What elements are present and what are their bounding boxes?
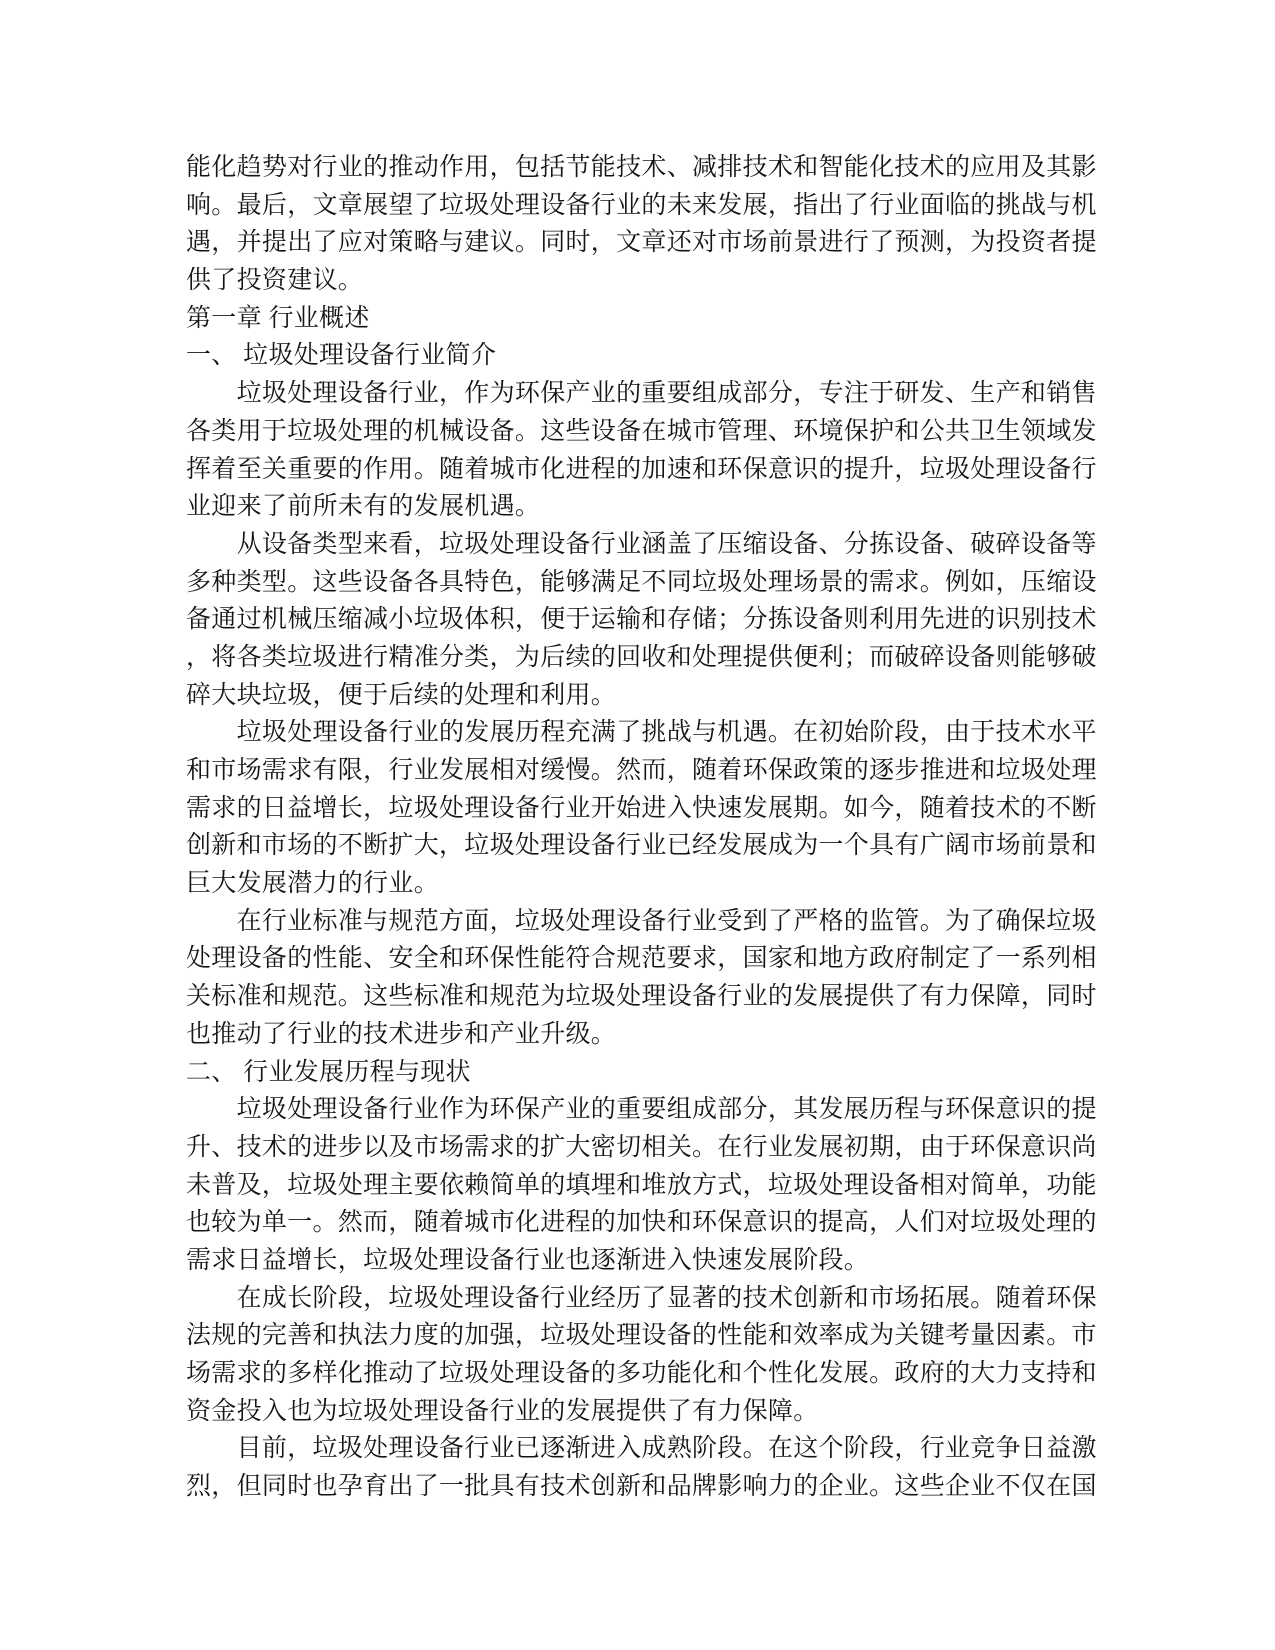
heading-line: 一、 垃圾处理设备行业简介 (186, 337, 1121, 375)
body-text-line: 升、技术的进步以及市场需求的扩大密切相关。在行业发展初期，由于环保意识尚 (186, 1129, 1121, 1167)
body-text-line: 响。最后，文章展望了垃圾处理设备行业的未来发展，指出了行业面临的挑战与机 (186, 187, 1121, 225)
heading-line: 二、 行业发展历程与现状 (186, 1054, 1121, 1092)
body-text-line: 未普及，垃圾处理主要依赖简单的填埋和堆放方式，垃圾处理设备相对简单，功能 (186, 1167, 1121, 1205)
document-text-block: 能化趋势对行业的推动作用，包括节能技术、减排技术和智能化技术的应用及其影响。最后… (186, 149, 1121, 1506)
body-text-line: 业迎来了前所未有的发展机遇。 (186, 488, 1121, 526)
body-text-line: 各类用于垃圾处理的机械设备。这些设备在城市管理、环境保护和公共卫生领域发 (186, 413, 1121, 451)
body-text-line: 需求的日益增长，垃圾处理设备行业开始进入快速发展期。如今，随着技术的不断 (186, 790, 1121, 828)
body-text-line: 烈，但同时也孕育出了一批具有技术创新和品牌影响力的企业。这些企业不仅在国 (186, 1468, 1121, 1506)
body-text-line: 能化趋势对行业的推动作用，包括节能技术、减排技术和智能化技术的应用及其影 (186, 149, 1121, 187)
body-text-line: 处理设备的性能、安全和环保性能符合规范要求，国家和地方政府制定了一系列相 (186, 940, 1121, 978)
body-text-line: 场需求的多样化推动了垃圾处理设备的多功能化和个性化发展。政府的大力支持和 (186, 1355, 1121, 1393)
body-text-line: 多种类型。这些设备各具特色，能够满足不同垃圾处理场景的需求。例如，压缩设 (186, 564, 1121, 602)
body-text-line: ，将各类垃圾进行精准分类，为后续的回收和处理提供便利；而破碎设备则能够破 (186, 639, 1121, 677)
body-text-line: 在行业标准与规范方面，垃圾处理设备行业受到了严格的监管。为了确保垃圾 (186, 903, 1121, 941)
body-text-line: 碎大块垃圾，便于后续的处理和利用。 (186, 677, 1121, 715)
body-text-line: 遇，并提出了应对策略与建议。同时，文章还对市场前景进行了预测，为投资者提 (186, 224, 1121, 262)
body-text-line: 也推动了行业的技术进步和产业升级。 (186, 1016, 1121, 1054)
body-text-line: 挥着至关重要的作用。随着城市化进程的加速和环保意识的提升，垃圾处理设备行 (186, 451, 1121, 489)
body-text-line: 供了投资建议。 (186, 262, 1121, 300)
body-text-line: 需求日益增长，垃圾处理设备行业也逐渐进入快速发展阶段。 (186, 1242, 1121, 1280)
body-text-line: 目前，垃圾处理设备行业已逐渐进入成熟阶段。在这个阶段，行业竞争日益激 (186, 1430, 1121, 1468)
body-text-line: 垃圾处理设备行业作为环保产业的重要组成部分，其发展历程与环保意识的提 (186, 1091, 1121, 1129)
heading-line: 第一章 行业概述 (186, 300, 1121, 338)
body-text-line: 关标准和规范。这些标准和规范为垃圾处理设备行业的发展提供了有力保障，同时 (186, 978, 1121, 1016)
document-page: 能化趋势对行业的推动作用，包括节能技术、减排技术和智能化技术的应用及其影响。最后… (0, 0, 1275, 1650)
body-text-line: 巨大发展潜力的行业。 (186, 865, 1121, 903)
body-text-line: 创新和市场的不断扩大，垃圾处理设备行业已经发展成为一个具有广阔市场前景和 (186, 827, 1121, 865)
body-text-line: 备通过机械压缩减小垃圾体积，便于运输和存储；分拣设备则利用先进的识别技术 (186, 601, 1121, 639)
body-text-line: 在成长阶段，垃圾处理设备行业经历了显著的技术创新和市场拓展。随着环保 (186, 1280, 1121, 1318)
body-text-line: 也较为单一。然而，随着城市化进程的加快和环保意识的提高，人们对垃圾处理的 (186, 1204, 1121, 1242)
body-text-line: 法规的完善和执法力度的加强，垃圾处理设备的性能和效率成为关键考量因素。市 (186, 1317, 1121, 1355)
body-text-line: 从设备类型来看，垃圾处理设备行业涵盖了压缩设备、分拣设备、破碎设备等 (186, 526, 1121, 564)
body-text-line: 垃圾处理设备行业，作为环保产业的重要组成部分，专注于研发、生产和销售 (186, 375, 1121, 413)
body-text-line: 垃圾处理设备行业的发展历程充满了挑战与机遇。在初始阶段，由于技术水平 (186, 714, 1121, 752)
body-text-line: 资金投入也为垃圾处理设备行业的发展提供了有力保障。 (186, 1393, 1121, 1431)
body-text-line: 和市场需求有限，行业发展相对缓慢。然而，随着环保政策的逐步推进和垃圾处理 (186, 752, 1121, 790)
